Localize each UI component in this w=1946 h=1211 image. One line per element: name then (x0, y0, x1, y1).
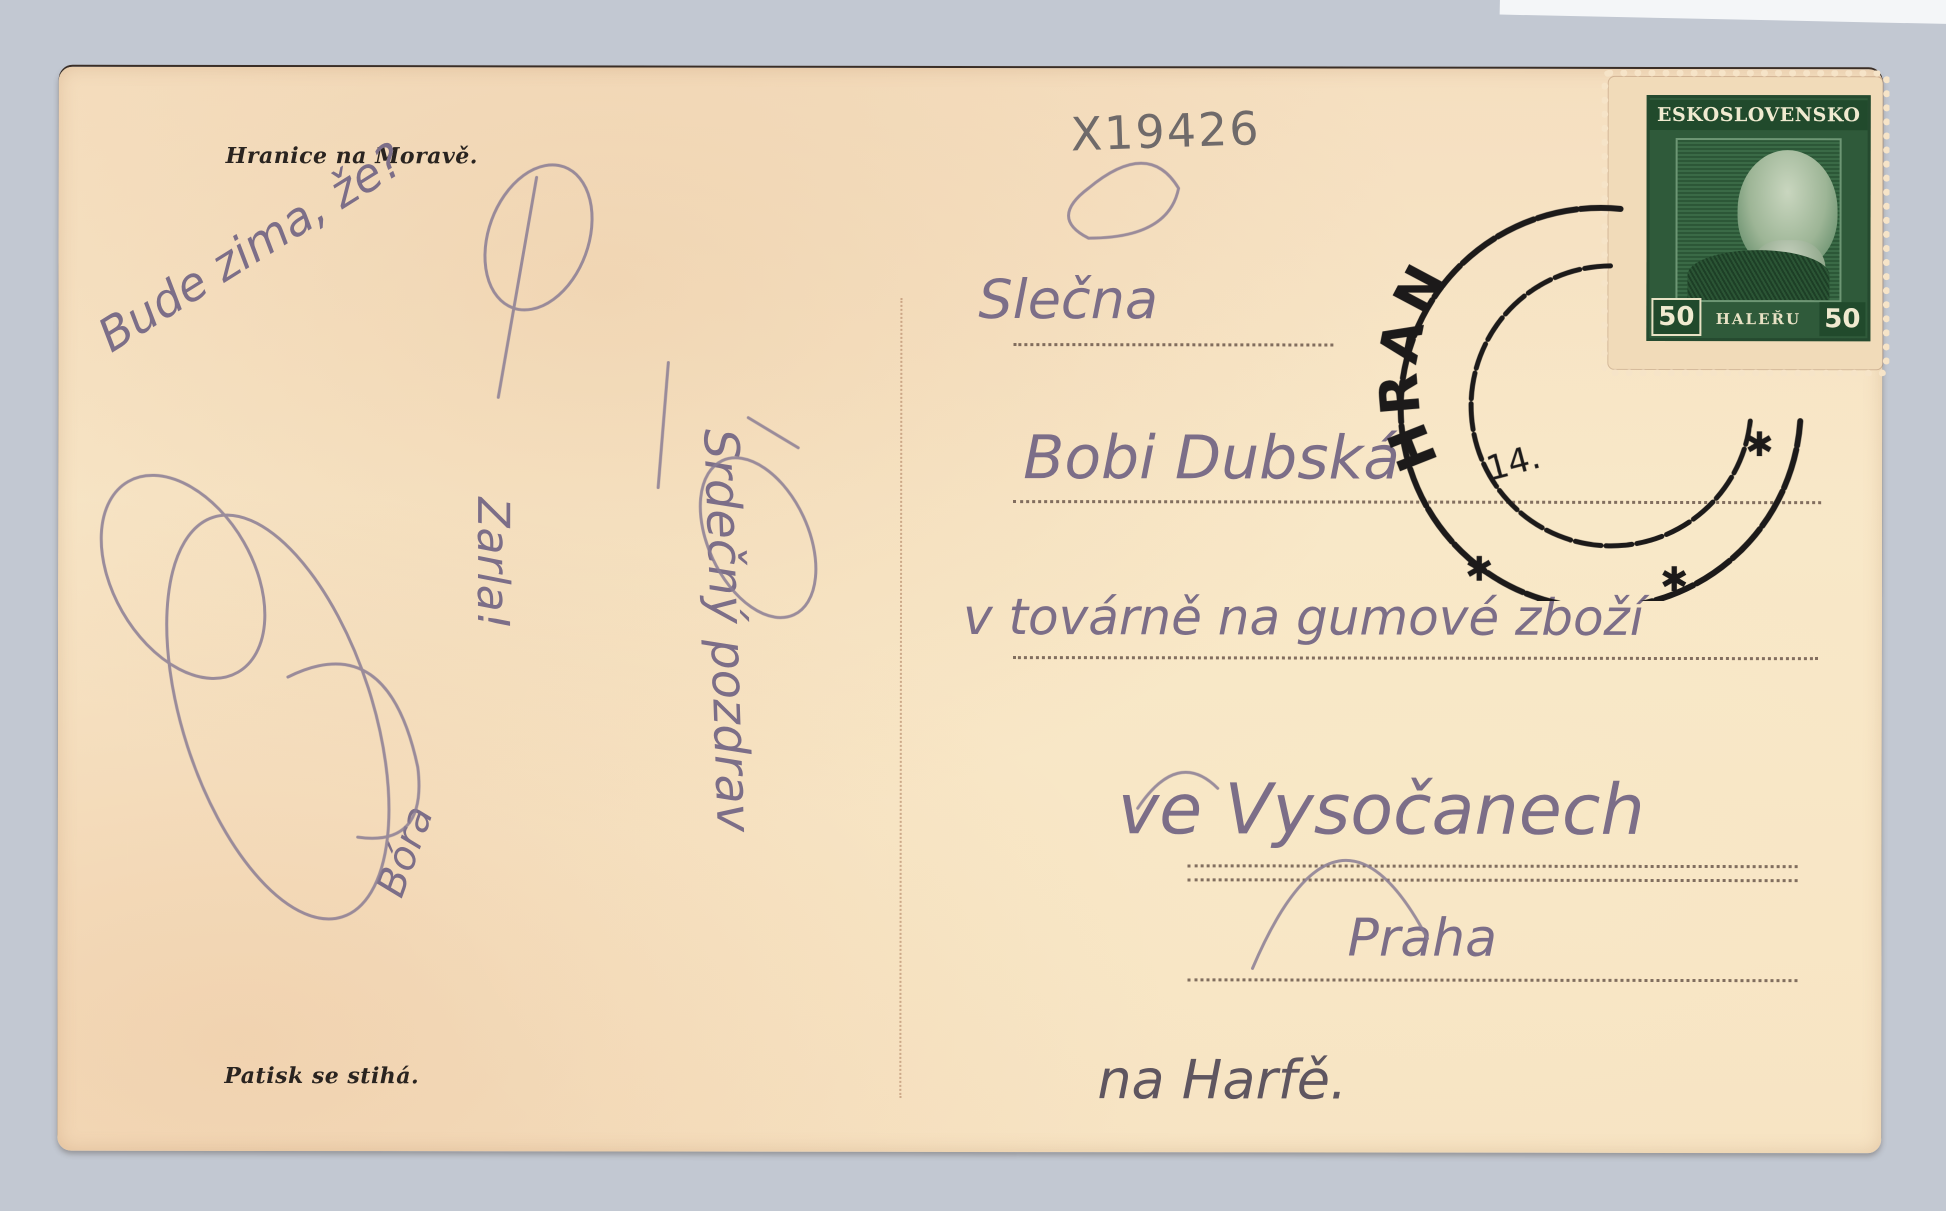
message-vertical-2: Srdečný pozdrav (692, 428, 761, 833)
address-line-4b-rule (1188, 878, 1798, 882)
stamp-country: ESKOSLOVENSKO (1650, 100, 1868, 130)
postcard: Hranice na Moravě. Patisk se stihá. X194… (57, 67, 1883, 1154)
address-line-5-rule (1187, 978, 1797, 982)
address-line-5: Praha (1347, 909, 1497, 969)
address-line-2: Bobi Dubská (1023, 423, 1400, 494)
center-divider (899, 298, 902, 1098)
reference-number: X19426 (1070, 101, 1262, 161)
star-icon: ✱ ✱ ✱ (1465, 425, 1774, 600)
stamp-design: ESKOSLOVENSKO 50 HALEŘU 50 (1646, 95, 1870, 341)
address-line-1: Slečna (978, 268, 1158, 331)
stamp-value-right: 50 (1819, 302, 1865, 336)
address-line-6: na Harfě. (1097, 1048, 1347, 1111)
portrait-icon (1675, 138, 1841, 302)
address-line-4: ve Vysočanech (1118, 768, 1645, 851)
svg-text:✱: ✱ (1745, 425, 1774, 465)
portrait-coat (1687, 250, 1829, 300)
address-line-3-rule (1013, 656, 1818, 660)
address-line-2-rule (1013, 500, 1821, 504)
postage-stamp: ESKOSLOVENSKO 50 HALEŘU 50 (1608, 77, 1882, 369)
message-signature: Bóra (368, 800, 443, 903)
address-line-1-rule (1013, 343, 1333, 346)
svg-text:✱: ✱ (1465, 550, 1494, 590)
address-line-4-rule (1188, 864, 1798, 868)
svg-text:✱: ✱ (1660, 560, 1689, 600)
message-vertical-1: Zarla! (467, 497, 518, 629)
stamp-currency: HALEŘU (1705, 304, 1811, 334)
address-line-3: v továrně na gumové zboží (963, 588, 1644, 647)
printed-footer: Patisk se stihá. (224, 1063, 419, 1089)
stamp-value-left: 50 (1651, 298, 1701, 336)
postmark-date: 14. (1482, 437, 1545, 490)
scanner-edge (1500, 0, 1946, 25)
